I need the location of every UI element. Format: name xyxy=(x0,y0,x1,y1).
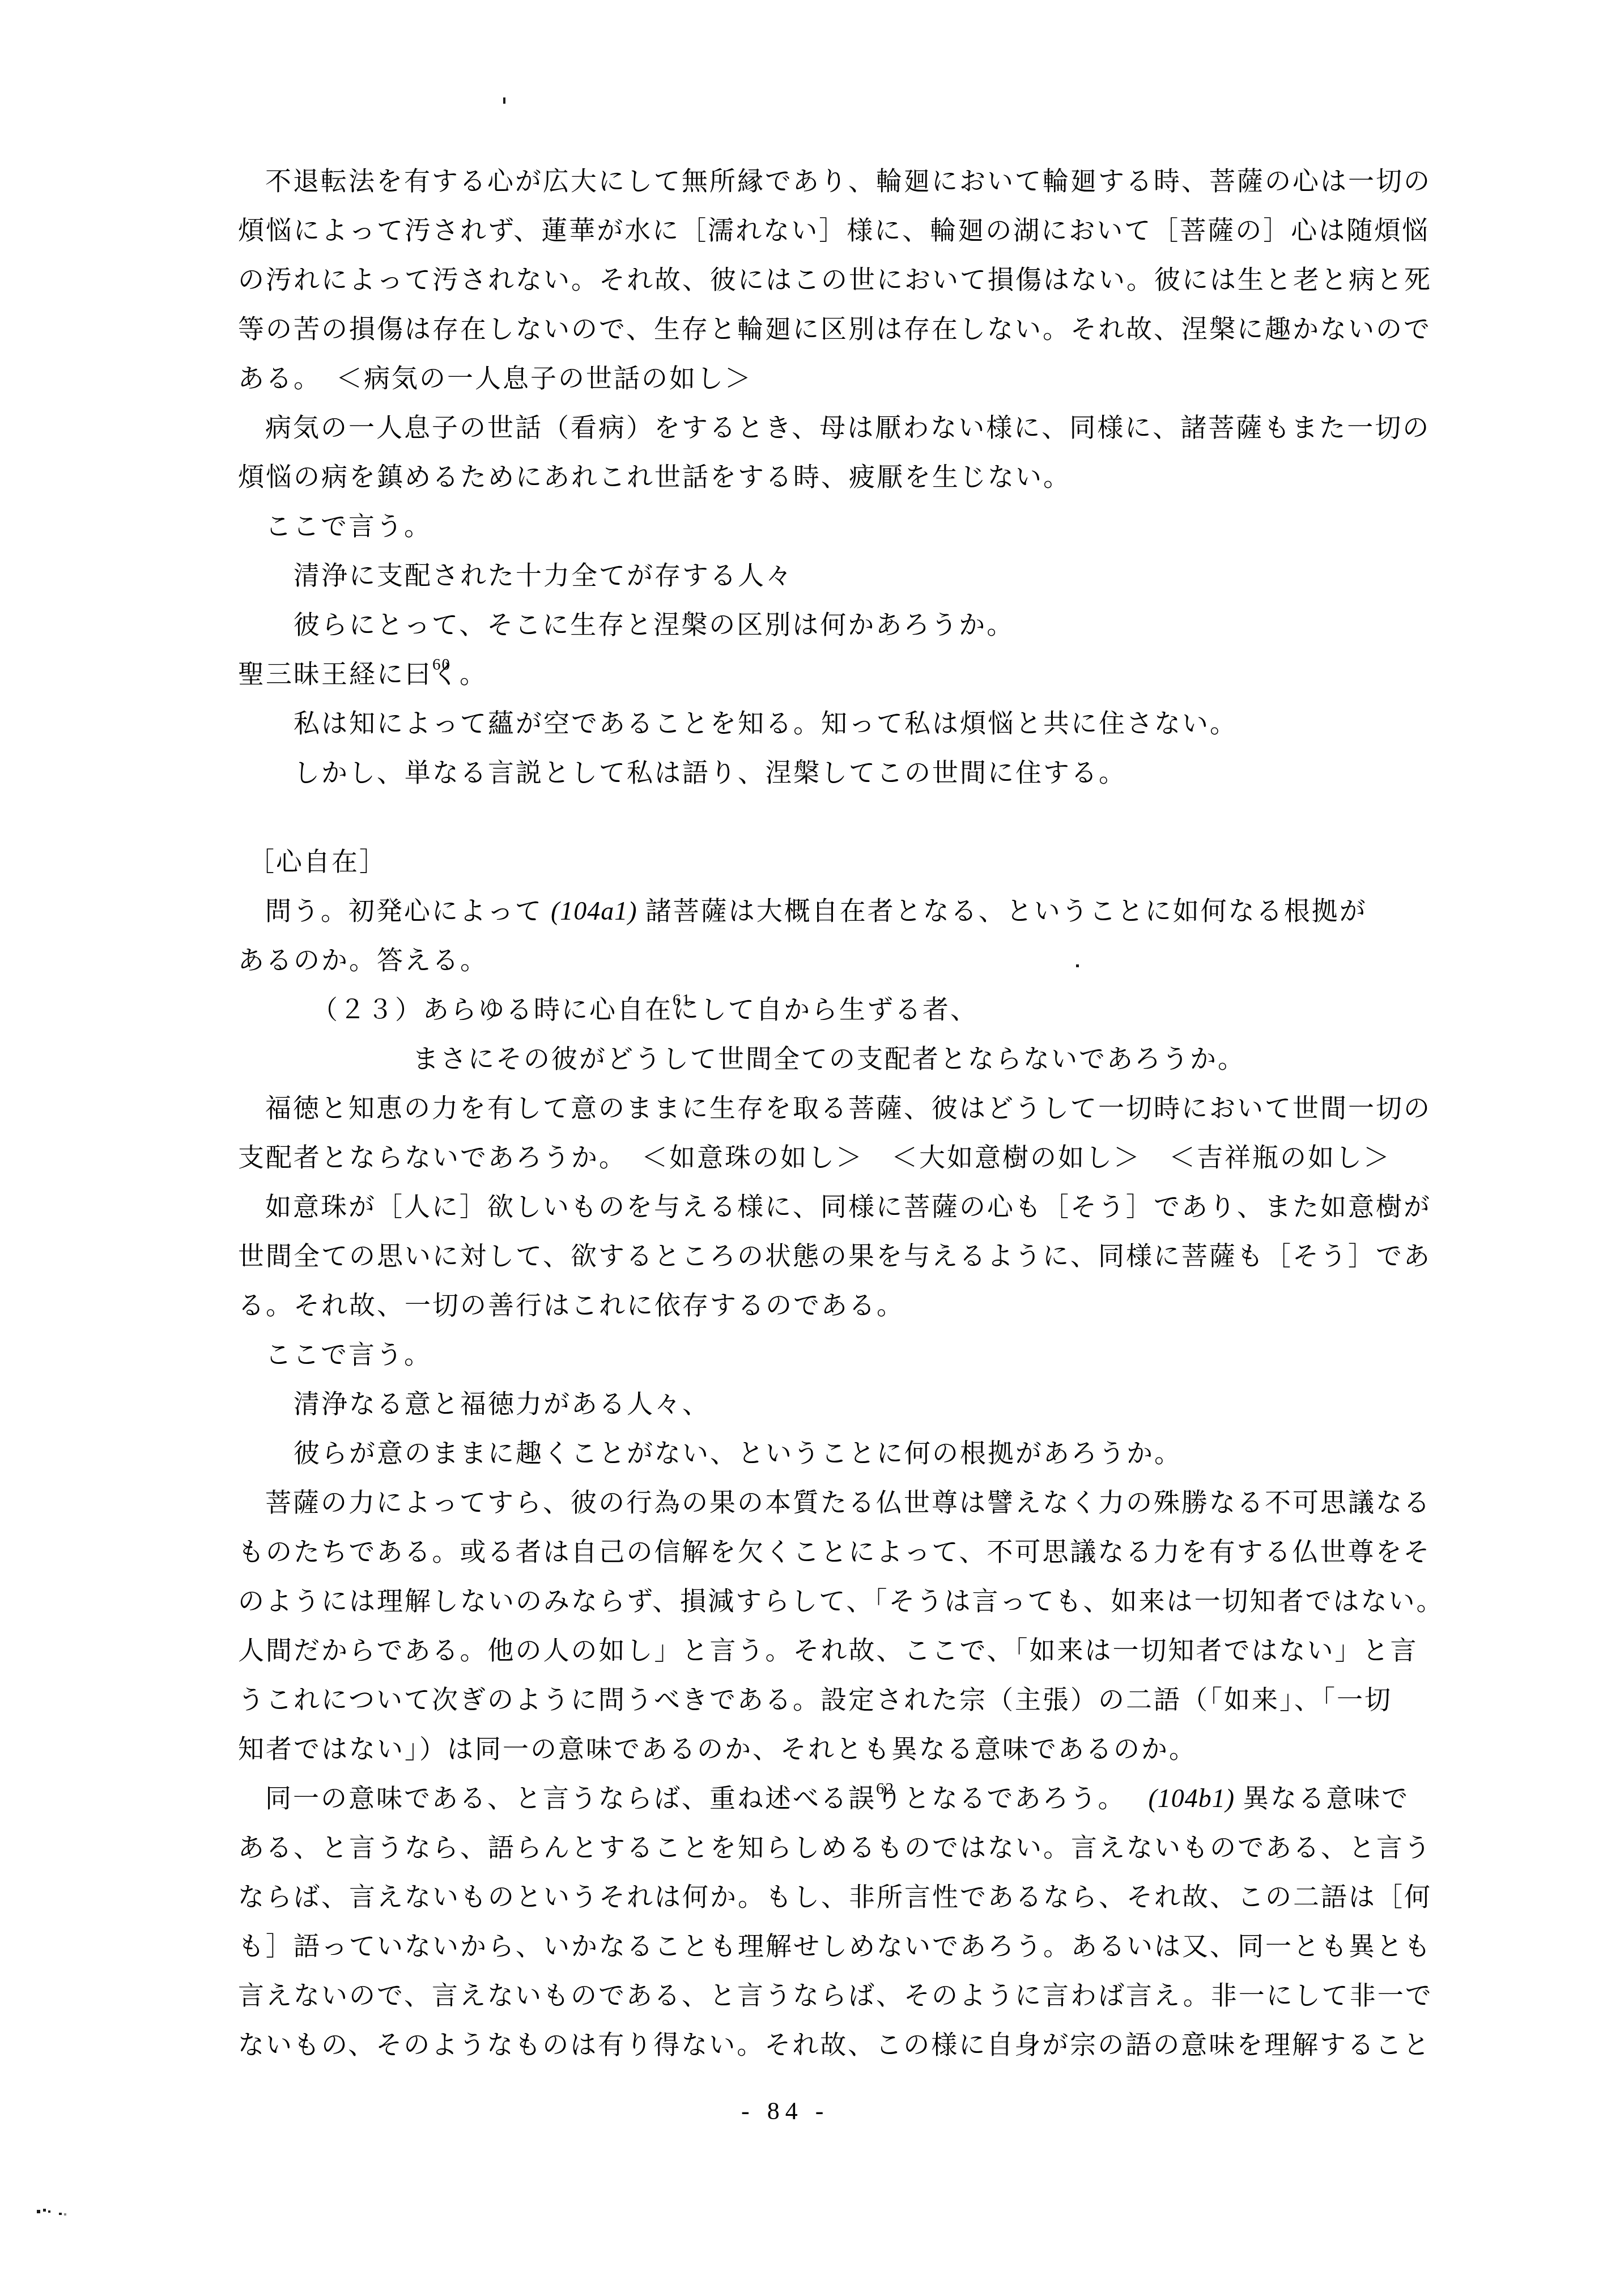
text-line: ここで言う。 xyxy=(238,1330,1485,1379)
text-run: うこれについて次ぎのように問うべきである。設定された宗（主張）の二語（「如来」、… xyxy=(238,1685,1392,1714)
text-line: （２３）あらゆる時に心自在61にして自から生ずる者、 xyxy=(238,985,1485,1034)
text-run: 煩悩の病を鎮めるためにあれこれ世話をする時、疲厭を生じない。 xyxy=(238,462,1071,491)
text-line: のようには理解しないのみならず、損減すらして、「そうは言っても、如来は一切知者で… xyxy=(238,1576,1485,1626)
text-run: 不退転法を有する心が広大にして無所縁であり、輪廻において輪廻する時、菩薩の心は一… xyxy=(265,167,1431,195)
text-run: 言えないので、言えないものである、と言うならば、そのように言わば言え。非一にして… xyxy=(238,1981,1433,2010)
text-run: 菩薩の力によってすら、彼の行為の果の本質たる仏世尊は譬えなく力の殊勝なる不可思議… xyxy=(265,1488,1431,1517)
scan-speck xyxy=(37,2210,40,2213)
text-run: 私は知によって蘊が空であることを知る。知って私は煩悩と共に住さない。 xyxy=(294,709,1238,738)
text-run: る。それ故、一切の善行はこれに依存するのである。 xyxy=(238,1291,904,1320)
text-run: ここで言う。 xyxy=(265,1340,432,1369)
text-line: あるのか。答える。 xyxy=(238,936,1485,985)
scan-speck xyxy=(503,97,505,104)
text-run: 同一の意味である、と言うならば、重ね述べる誤 xyxy=(265,1784,876,1813)
text-run: ならば、言えないものというそれは何か。もし、非所言性であるなら、それ故、この二語… xyxy=(238,1882,1432,1911)
text-run: 彼らが意のままに趣くことがない、ということに何の根拠があろうか。 xyxy=(294,1439,1182,1468)
text-line: 清浄に支配された十力全てが存する人々 xyxy=(238,551,1485,600)
text-run: ここで言う。 xyxy=(265,512,432,541)
text-run: 聖三昧王経に曰 xyxy=(238,660,432,688)
text-run: 人間だからである。他の人の如し」と言う。それ故、ここで、「如来は一切知者ではない… xyxy=(238,1636,1418,1665)
text-run: 支配者とならないであろうか。 ＜如意珠の如し＞ ＜大如意樹の如し＞ ＜吉祥瓶の如… xyxy=(238,1143,1391,1172)
scan-speck xyxy=(43,2209,46,2212)
text-line: 不退転法を有する心が広大にして無所縁であり、輪廻において輪廻する時、菩薩の心は一… xyxy=(238,156,1485,206)
page-number: - 84 - xyxy=(741,2097,829,2125)
text-run: 煩悩によって汚されず、蓮華が水に［濡れない］様に、輪廻の湖において［菩薩の］心は… xyxy=(238,216,1430,245)
text-line: の汚れによって汚されない。それ故、彼にはこの世において損傷はない。彼には生と老と… xyxy=(238,255,1485,304)
text-block: 不退転法を有する心が広大にして無所縁であり、輪廻において輪廻する時、菩薩の心は一… xyxy=(238,156,1485,2069)
text-run: しかし、単なる言説として私は語り、涅槃してこの世間に住する。 xyxy=(294,758,1126,787)
text-run: 彼らにとって、そこに生存と涅槃の区別は何かあろうか。 xyxy=(294,610,1014,639)
text-line: 菩薩の力によってすら、彼の行為の果の本質たる仏世尊は譬えなく力の殊勝なる不可思議… xyxy=(238,1478,1485,1527)
text-run: ある、と言うなら、語らんとすることを知らしめるものではない。言えないものである、… xyxy=(238,1833,1432,1862)
text-line: ある。 ＜病気の一人息子の世話の如し＞ xyxy=(238,354,1485,403)
text-run: 如意珠が［人に］欲しいものを与える様に、同様に菩薩の心も［そう］であり、また如意… xyxy=(265,1192,1431,1221)
text-line: 清浄なる意と福徳力がある人々、 xyxy=(238,1379,1485,1428)
scan-speck xyxy=(48,2210,50,2213)
text-run: ［心自在］ xyxy=(248,847,387,876)
scan-speck xyxy=(59,2213,62,2215)
text-line: 等の苦の損傷は存在しないので、生存と輪廻に区別は存在しない。それ故、涅槃に趣かな… xyxy=(238,304,1485,354)
text-run: 世間全ての思いに対して、欲するところの状態の果を与えるように、同様に菩薩も［そう… xyxy=(238,1241,1431,1270)
text-run: ないもの、そのようなものは有り得ない。それ故、この様に自身が宗の語の意味を理解す… xyxy=(238,2030,1431,2059)
text-run: 等の苦の損傷は存在しないので、生存と輪廻に区別は存在しない。それ故、涅槃に趣かな… xyxy=(238,314,1431,343)
text-run: にして自から生ずる者、 xyxy=(673,995,978,1024)
document-page: 不退転法を有する心が広大にして無所縁であり、輪廻において輪廻する時、菩薩の心は一… xyxy=(0,0,1624,2296)
text-run: のようには理解しないのみならず、損減すらして、「そうは言っても、如来は一切知者で… xyxy=(238,1587,1444,1615)
text-line: 私は知によって蘊が空であることを知る。知って私は煩悩と共に住さない。 xyxy=(238,699,1485,748)
text-line: 煩悩の病を鎮めるためにあれこれ世話をする時、疲厭を生じない。 xyxy=(238,452,1485,501)
text-run: 諸菩薩は大概自在者となる、ということに如何なる根拠が xyxy=(645,896,1367,925)
text-run: の汚れによって汚されない。それ故、彼にはこの世において損傷はない。彼には生と老と… xyxy=(238,265,1432,294)
text-line: 同一の意味である、と言うならば、重ね述べる誤62りとなるであろう。 (104b1… xyxy=(238,1774,1485,1823)
text-run: ものたちである。或る者は自己の信解を欠くことによって、不可思議なる力を有する仏世… xyxy=(238,1537,1431,1566)
text-line: も］語っていないから、いかなることも理解せしめないであろう。あるいは又、同一とも… xyxy=(238,1921,1485,1971)
text-line: ある、と言うなら、語らんとすることを知らしめるものではない。言えないものである、… xyxy=(238,1823,1485,1872)
text-line: 知者ではない」）は同一の意味であるのか、それとも異なる意味であるのか。 xyxy=(238,1724,1485,1774)
folio-marker: (104b1) xyxy=(1149,1784,1235,1813)
scan-speck xyxy=(64,2213,66,2216)
text-line: 煩悩によって汚されず、蓮華が水に［濡れない］様に、輪廻の湖において［菩薩の］心は… xyxy=(238,206,1485,255)
text-run: （２３）あらゆる時に心自在 xyxy=(312,995,673,1024)
text-line: ならば、言えないものというそれは何か。もし、非所言性であるなら、それ故、この二語… xyxy=(238,1872,1485,1921)
text-run: 問う。初発心によって xyxy=(265,896,543,925)
text-line: ［心自在］ xyxy=(238,837,1485,886)
folio-marker: (104a1) xyxy=(551,896,637,925)
text-run: 清浄なる意と福徳力がある人々、 xyxy=(294,1389,710,1418)
text-run: 病気の一人息子の世話（看病）をするとき、母は厭わない様に、同様に、諸菩薩もまた一… xyxy=(265,413,1430,442)
text-line: 言えないので、言えないものである、と言うならば、そのように言わば言え。非一にして… xyxy=(238,1971,1485,2020)
text-line: ものたちである。或る者は自己の信解を欠くことによって、不可思議なる力を有する仏世… xyxy=(238,1527,1485,1576)
text-line: 支配者とならないであろうか。 ＜如意珠の如し＞ ＜大如意樹の如し＞ ＜吉祥瓶の如… xyxy=(238,1133,1485,1182)
text-line: 世間全ての思いに対して、欲するところの状態の果を与えるように、同様に菩薩も［そう… xyxy=(238,1231,1485,1281)
text-line: 彼らが意のままに趣くことがない、ということに何の根拠があろうか。 xyxy=(238,1428,1485,1478)
text-run: 異なる意味で xyxy=(1243,1784,1409,1813)
text-run: 知者ではない」）は同一の意味であるのか、それとも異なる意味であるのか。 xyxy=(238,1734,1197,1763)
text-run: りとなるであろう。 xyxy=(876,1784,1141,1813)
text-line: しかし、単なる言説として私は語り、涅槃してこの世間に住する。 xyxy=(238,748,1485,797)
text-line: 彼らにとって、そこに生存と涅槃の区別は何かあろうか。 xyxy=(238,600,1485,649)
text-line: まさにその彼がどうして世間全ての支配者とならないであろうか。 xyxy=(238,1034,1485,1083)
text-run: あるのか。答える。 xyxy=(238,946,488,975)
text-line: る。それ故、一切の善行はこれに依存するのである。 xyxy=(238,1281,1485,1330)
text-line: 如意珠が［人に］欲しいものを与える様に、同様に菩薩の心も［そう］であり、また如意… xyxy=(238,1182,1485,1231)
text-run: 清浄に支配された十力全てが存する人々 xyxy=(294,561,793,590)
text-run: まさにその彼がどうして世間全ての支配者とならないであろうか。 xyxy=(413,1044,1245,1073)
text-line: ここで言う。 xyxy=(238,501,1485,551)
text-line: 福徳と知恵の力を有して意のままに生存を取る菩薩、彼はどうして一切時において世間一… xyxy=(238,1083,1485,1133)
text-line: 病気の一人息子の世話（看病）をするとき、母は厭わない様に、同様に、諸菩薩もまた一… xyxy=(238,403,1485,452)
text-line: ないもの、そのようなものは有り得ない。それ故、この様に自身が宗の語の意味を理解す… xyxy=(238,2020,1485,2069)
text-run: 福徳と知恵の力を有して意のままに生存を取る菩薩、彼はどうして一切時において世間一… xyxy=(265,1094,1431,1123)
text-line: 人間だからである。他の人の如し」と言う。それ故、ここで、「如来は一切知者ではない… xyxy=(238,1626,1485,1675)
text-run: も］語っていないから、いかなることも理解せしめないであろう。あるいは又、同一とも… xyxy=(238,1932,1432,1961)
text-line: 聖三昧王経に曰60く。 xyxy=(238,649,1485,699)
text-line: 問う。初発心によって(104a1)諸菩薩は大概自在者となる、ということに如何なる… xyxy=(238,886,1485,936)
text-line: うこれについて次ぎのように問うべきである。設定された宗（主張）の二語（「如来」、… xyxy=(238,1675,1485,1724)
scan-speck xyxy=(1076,964,1079,967)
text-run: ある。 ＜病気の一人息子の世話の如し＞ xyxy=(238,364,753,393)
